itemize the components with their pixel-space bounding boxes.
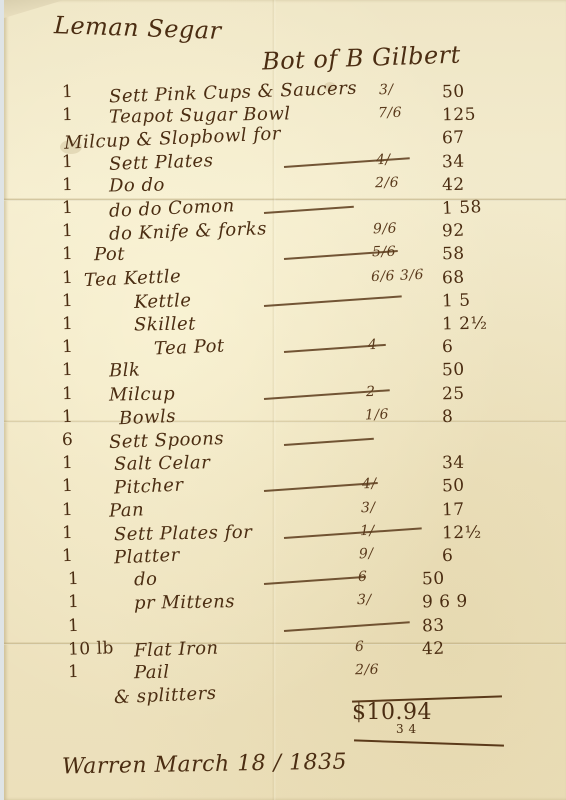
item-rate: 7/6 [378,105,402,121]
pen-dash [264,576,366,585]
item-quantity: 1 [62,267,74,287]
item-amount: 6 [442,337,454,357]
item-quantity: 1 [68,662,80,682]
item-description: Bowls [119,406,177,429]
item-quantity: 1 [62,198,74,218]
place-date: Warren March 18 / 1835 [62,750,347,780]
item-description: Sett Spoons [109,428,225,453]
pen-dash [284,621,410,631]
pen-dash [284,527,422,538]
item-description: & splitters [114,683,217,708]
fold-line [4,420,566,423]
total-rule [354,739,504,746]
item-description: Milcup & Slopbowl for [64,124,282,154]
customer-name: Leman Segar [54,11,222,45]
item-description: Platter [114,545,181,569]
item-amount: 1 5 [442,290,471,311]
item-description: Skillet [134,313,196,335]
item-quantity: 1 [62,221,74,241]
item-description: Do do [109,174,165,196]
item-rate: 1/6 [365,406,390,423]
item-quantity: 1 [68,569,80,589]
item-description: Salt Celar [114,452,211,475]
item-amount: 50 [442,82,465,103]
item-description: pr Mittens [134,592,235,615]
pen-dash [264,295,402,306]
item-description: do [134,569,158,591]
item-amount: 50 [422,569,445,590]
item-description: Sett Plates for [114,522,253,545]
handwritten-receipt: Leman Segar Bot of B Gilbert 1Sett Pink … [4,0,566,800]
item-quantity: 1 [62,337,74,357]
item-rate: 6 [355,639,365,655]
item-amount: 25 [442,383,465,403]
item-description: Pan [109,499,145,521]
item-quantity: 1 [62,546,74,566]
item-rate: 3/ [361,499,376,516]
item-description: Tea Kettle [84,265,182,290]
item-quantity: 1 [62,244,74,264]
item-amount: 50 [442,476,465,497]
item-amount: 125 [442,105,476,126]
item-amount: 9 6 9 [422,592,468,613]
item-amount: 42 [442,175,465,195]
item-quantity: 1 [62,314,74,334]
total-fraction: 3 4 [396,722,417,736]
item-description: Pitcher [114,475,184,499]
item-amount: 6 [442,546,454,566]
item-rate: 2/6 [375,175,399,191]
item-description: Sett Plates [109,150,214,175]
item-description: do Knife & forks [109,218,268,244]
item-amount: 34 [442,151,465,172]
fold-line [4,198,566,201]
item-amount: 17 [442,499,465,520]
item-description: Pail [134,662,170,684]
item-quantity: 1 [62,175,74,195]
item-quantity: 1 [62,360,74,380]
item-description: do do Comon [109,195,236,221]
item-quantity: 1 [68,592,80,612]
item-amount: 68 [442,267,465,288]
item-quantity: 10 lb [68,638,115,660]
item-quantity: 1 [68,615,80,635]
item-quantity: 1 [62,291,74,311]
item-description: Flat Iron [134,637,219,661]
item-amount: 83 [422,615,445,636]
item-amount: 58 [442,244,465,264]
item-rate: 9/6 [373,221,398,238]
item-description: Blk [109,360,141,382]
item-amount: 67 [442,128,465,149]
pen-dash [264,206,354,214]
item-quantity: 6 [62,430,74,450]
item-description: Tea Pot [154,336,226,360]
item-description: Milcup [109,383,175,405]
item-amount: 92 [442,221,465,242]
pen-dash [284,438,374,446]
item-amount: 42 [422,638,445,659]
item-rate: 3/ [357,592,372,608]
item-amount: 8 [442,407,454,427]
pen-dash [264,482,378,491]
item-quantity: 1 [62,476,74,496]
item-amount: 34 [442,453,465,473]
item-quantity: 1 [62,499,74,519]
item-description: Pot [94,244,125,266]
item-quantity: 1 [62,82,74,102]
item-quantity: 1 [62,105,74,125]
item-quantity: 1 [62,453,74,473]
item-rate: 2/6 [355,662,379,678]
item-amount: 12½ [442,522,482,543]
item-quantity: 1 [62,151,74,171]
item-amount: 1 2½ [442,314,488,335]
vendor-line: Bot of B Gilbert [262,41,462,76]
item-amount: 50 [442,360,465,381]
item-quantity: 1 [62,383,74,403]
item-rate: 9/ [359,546,374,563]
item-quantity: 1 [62,523,74,543]
item-rate: 6/6 3/6 [371,266,425,284]
item-amount: 1 58 [442,197,483,219]
item-rate: 3/ [379,82,394,99]
item-quantity: 1 [62,407,74,427]
total-amount: $10.94 [352,700,432,725]
item-description: Kettle [134,290,192,313]
item-description: Sett Pink Cups & Saucers [109,78,358,108]
